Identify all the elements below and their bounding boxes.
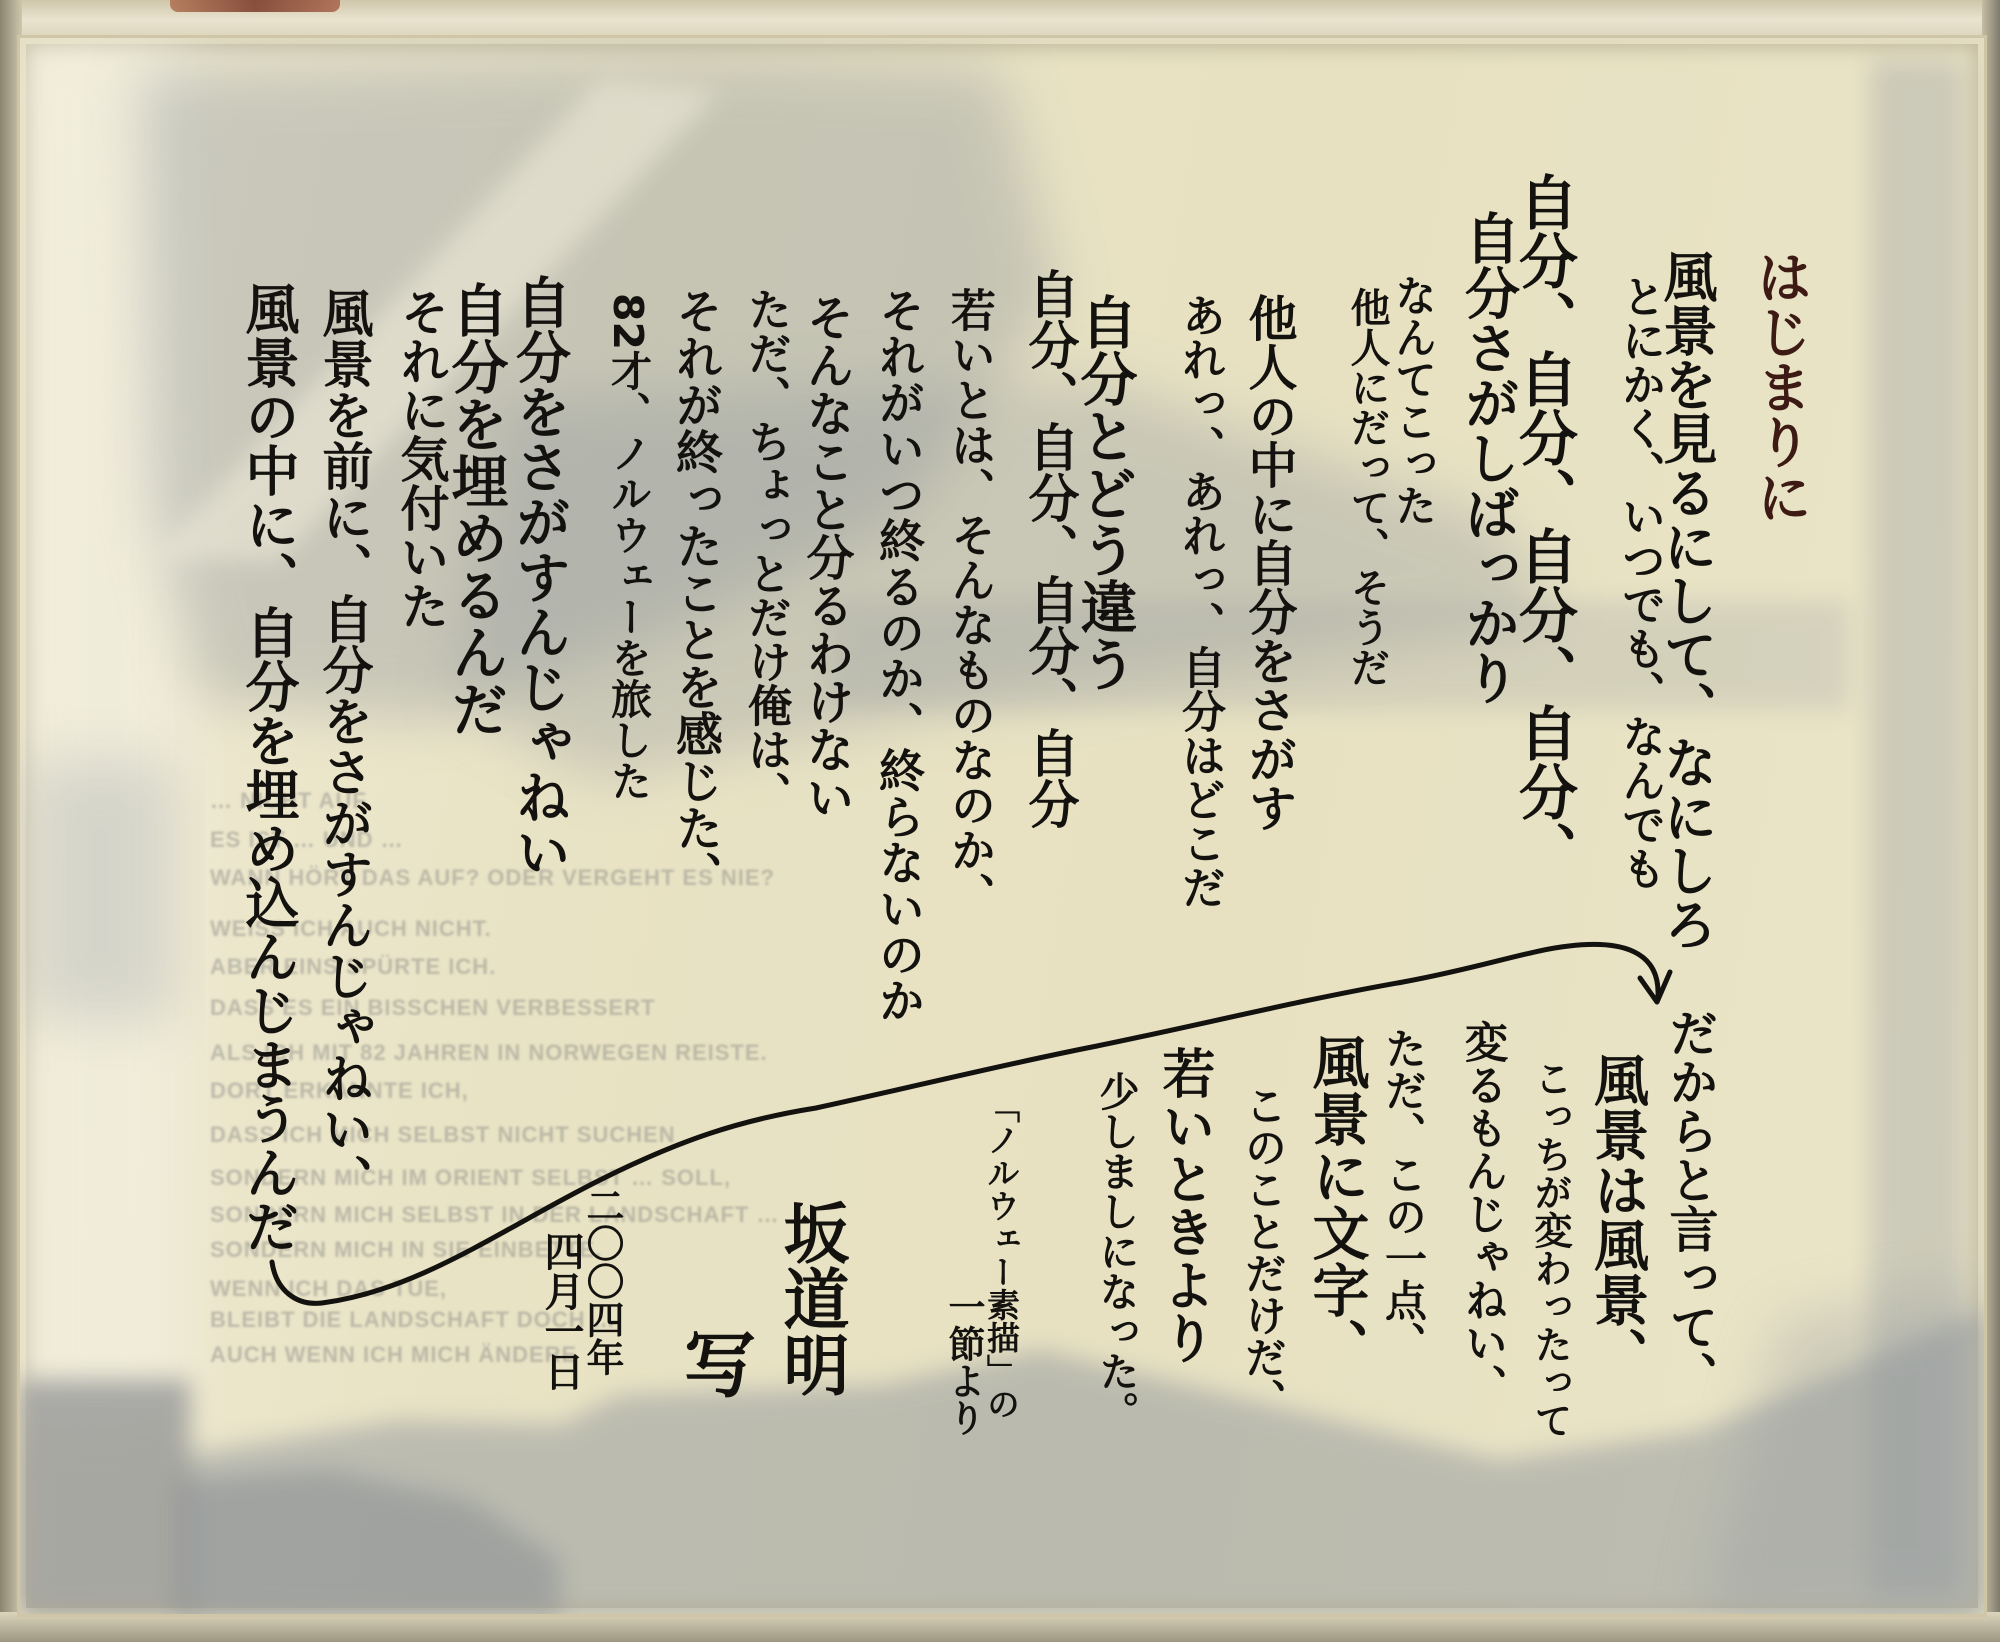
coda-column: 変るもんじゃねい、 [1461,1020,1504,1407]
poem-title: はじまりに [1752,249,1807,524]
source-note-line1: 「ノルウェー素描」の [985,1090,1018,1420]
coda-column: 少しましになった。 [1096,1071,1136,1431]
text-column: なんてこった [1392,274,1434,526]
coda-column: だからと言って、 [1666,1008,1715,1400]
text-column: それに気付いた [397,287,446,630]
text-column: 自分をさがすんじゃねい [511,274,566,879]
text-column: そんなこと分るわけない [802,293,850,821]
text-column: ただ、ちょっとだけ俺は、 [743,287,787,815]
coda-column: 風景に文字、 [1307,1033,1364,1375]
text-column: 自分を埋めるんだ [446,281,503,737]
text-column: それがいつ終るのか、終らないのか [876,287,922,1023]
text-column: 他人の中に自分をさがす [1245,293,1294,832]
left-grey-streak [25,760,175,1020]
text-column: とにかく、いつでも、なんでも [1617,274,1661,890]
text-column: 他人にだって、そうだ [1347,287,1387,687]
bottom-left-dark-corner [20,1380,190,1614]
text-column: 風景を見るにして、なにしろ [1659,249,1713,951]
text-column: 風景を前に、自分をさがすんじゃねい、 [317,287,368,1205]
text-column: 自分、自分、自分、自分 [1023,268,1074,829]
date-day: 四月一日 [541,1231,581,1391]
coda-column: 若いときより [1158,1046,1211,1364]
text-column: 自分さがしばっかり [1460,210,1515,705]
frame-right-edge [1982,0,2000,1642]
coda-column: 風景は風景、 [1589,1052,1644,1382]
text-column: それが終ったことを感じた、 [672,287,719,898]
text-column: 風景の中に、自分を埋め込んじまうんだ [241,281,295,1253]
text-column: あれっ、あれっ、自分はどこだ [1177,293,1221,909]
print-line: AUCH WENN ICH MICH ÄNDERE [210,1342,577,1368]
coda-column: ただ、この一点、 [1382,1027,1424,1363]
text-column: 自分とどう違う [1075,293,1132,692]
frame-left-edge [0,0,22,1642]
text-column: 82才、ノルウェーを旅した [607,293,648,801]
signature-mark: 写 [678,1327,750,1399]
text-column: 自分、自分、自分、自分、 [1514,172,1573,880]
coda-column: こっちが変わったって [1531,1059,1569,1439]
print-line: WENN ICH DAS TUE, [210,1276,447,1302]
rust-stain [170,0,340,12]
source-note-line2: 一節より [945,1288,982,1436]
coda-column: このことだけだ、 [1242,1084,1284,1420]
text-column: 若いとは、そんなものなのか、 [947,287,992,917]
frame-bottom-edge [0,1612,2000,1642]
date-year: 二〇〇四年 [583,1186,621,1376]
artist-signature: 坂道明 [777,1199,843,1397]
